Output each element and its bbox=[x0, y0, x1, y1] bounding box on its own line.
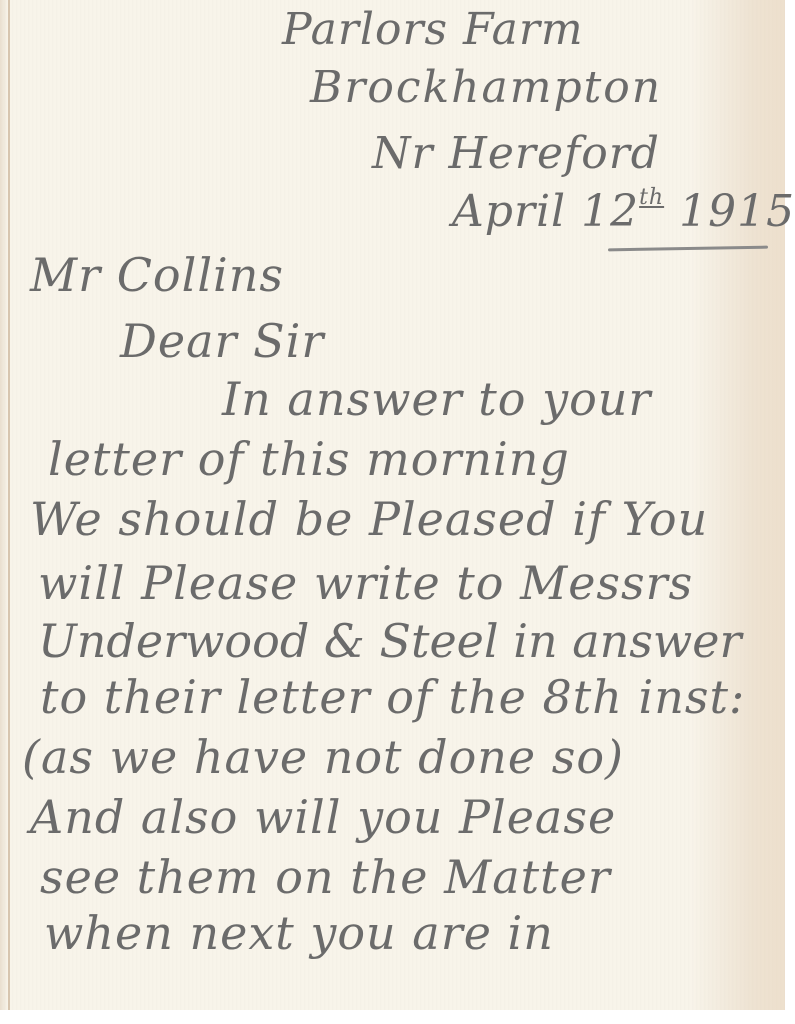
body-line-1: In answer to your bbox=[222, 372, 651, 426]
body-line-5: Underwood & Steel in answer bbox=[38, 614, 741, 668]
date-year: 1915 bbox=[679, 186, 795, 237]
body-line-8: And also will you Please bbox=[30, 790, 616, 844]
address-line-village: Brockhampton bbox=[310, 62, 662, 113]
body-line-2: letter of this morning bbox=[48, 432, 570, 486]
page-edge-line bbox=[8, 0, 10, 1010]
letter-page: Parlors Farm Brockhampton Nr Hereford Ap… bbox=[0, 0, 785, 1010]
letter-date: April 12th 1915 bbox=[452, 186, 795, 237]
body-line-4: will Please write to Messrs bbox=[38, 556, 693, 610]
address-line-town: Nr Hereford bbox=[372, 128, 660, 179]
body-line-3: We should be Pleased if You bbox=[30, 492, 708, 546]
date-day: April 12 bbox=[452, 186, 639, 237]
body-line-9: see them on the Matter bbox=[40, 850, 611, 904]
body-line-7: (as we have not done so) bbox=[22, 730, 624, 784]
address-line-farm: Parlors Farm bbox=[282, 4, 584, 55]
recipient-name: Mr Collins bbox=[30, 248, 284, 302]
date-underline bbox=[608, 246, 768, 252]
page-edge-shadow bbox=[0, 0, 8, 1010]
date-ordinal: th bbox=[639, 185, 664, 210]
salutation: Dear Sir bbox=[120, 314, 324, 368]
body-line-10: when next you are in bbox=[44, 906, 554, 960]
body-line-6: to their letter of the 8th inst: bbox=[40, 670, 745, 724]
